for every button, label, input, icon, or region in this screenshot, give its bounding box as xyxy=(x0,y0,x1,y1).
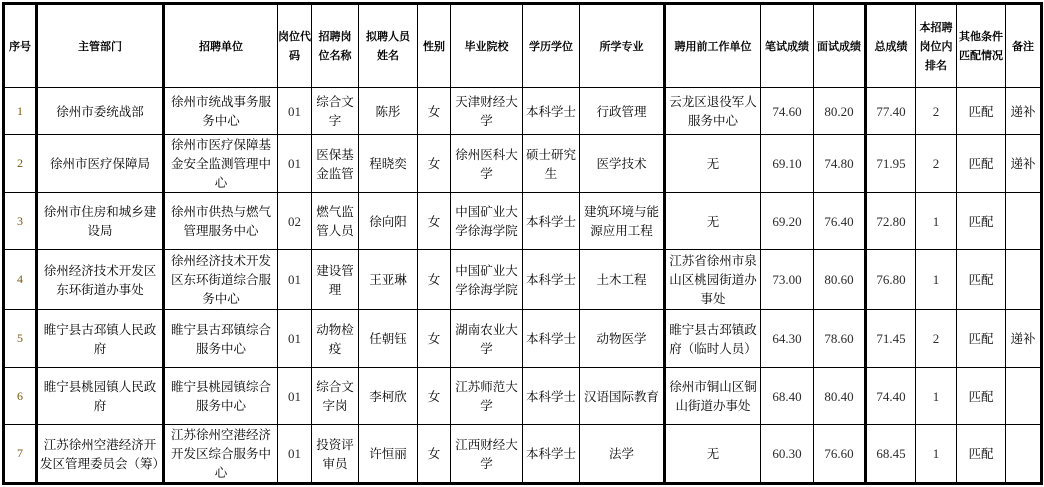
header-other-match: 其他条件匹配情况 xyxy=(957,4,1006,88)
cell-rank: 1 xyxy=(916,193,957,250)
table-row: 1 徐州市委统战部 徐州市统战事务服务中心 01 综合文字 陈彤 女 天津财经大… xyxy=(4,88,1042,135)
cell-remark: 递补 xyxy=(1006,135,1042,193)
cell-gender: 女 xyxy=(418,368,451,425)
cell-interview-score: 80.40 xyxy=(814,368,866,425)
cell-school: 江苏师范大学 xyxy=(451,368,523,425)
cell-post-name: 投资评审员 xyxy=(312,425,359,484)
cell-gender: 女 xyxy=(418,193,451,250)
cell-department: 徐州市委统战部 xyxy=(37,88,164,135)
cell-total-score: 71.95 xyxy=(866,135,916,193)
cell-post-name: 动物检疫 xyxy=(312,310,359,368)
cell-unit: 睢宁县古邳镇综合服务中心 xyxy=(164,310,278,368)
cell-interview-score: 80.60 xyxy=(814,250,866,310)
cell-major: 医学技术 xyxy=(580,135,665,193)
cell-other-match: 匹配 xyxy=(957,250,1006,310)
cell-other-match: 匹配 xyxy=(957,425,1006,484)
cell-post-code: 01 xyxy=(278,425,312,484)
cell-department: 徐州市住房和城乡建设局 xyxy=(37,193,164,250)
cell-degree: 本科学士 xyxy=(523,310,580,368)
cell-degree: 本科学士 xyxy=(523,368,580,425)
cell-major: 汉语国际教育 xyxy=(580,368,665,425)
cell-index: 2 xyxy=(4,135,37,193)
cell-remark: 递补 xyxy=(1006,310,1042,368)
cell-interview-score: 76.60 xyxy=(814,425,866,484)
cell-total-score: 71.45 xyxy=(866,310,916,368)
cell-post-name: 综合文字岗 xyxy=(312,368,359,425)
cell-index: 7 xyxy=(4,425,37,484)
cell-department: 江苏徐州空港经济开发区管理委员会（筹） xyxy=(37,425,164,484)
header-school: 毕业院校 xyxy=(451,4,523,88)
cell-gender: 女 xyxy=(418,135,451,193)
cell-degree: 本科学士 xyxy=(523,193,580,250)
cell-name: 许恒丽 xyxy=(359,425,418,484)
cell-other-match: 匹配 xyxy=(957,368,1006,425)
cell-post-code: 01 xyxy=(278,135,312,193)
recruitment-results-table: 序号 主管部门 招聘单位 岗位代码 招聘岗位名称 拟聘人员姓名 性别 毕业院校 … xyxy=(2,2,1043,485)
cell-name: 程晓奕 xyxy=(359,135,418,193)
table-row: 2 徐州市医疗保障局 徐州市医疗保障基金安全监测管理中心 01 医保基金监管 程… xyxy=(4,135,1042,193)
cell-department: 睢宁县古邳镇人民政府 xyxy=(37,310,164,368)
header-interview-score: 面试成绩 xyxy=(814,4,866,88)
cell-prior-employer: 无 xyxy=(665,135,761,193)
cell-name: 徐向阳 xyxy=(359,193,418,250)
header-name: 拟聘人员姓名 xyxy=(359,4,418,88)
cell-degree: 硕士研究生 xyxy=(523,135,580,193)
cell-interview-score: 74.80 xyxy=(814,135,866,193)
header-degree: 学历学位 xyxy=(523,4,580,88)
cell-post-code: 01 xyxy=(278,368,312,425)
cell-index: 5 xyxy=(4,310,37,368)
cell-index: 3 xyxy=(4,193,37,250)
header-unit: 招聘单位 xyxy=(164,4,278,88)
cell-remark: 递补 xyxy=(1006,88,1042,135)
header-total-score: 总成绩 xyxy=(866,4,916,88)
cell-other-match: 匹配 xyxy=(957,135,1006,193)
cell-department: 睢宁县桃园镇人民政府 xyxy=(37,368,164,425)
cell-prior-employer: 云龙区退役军人服务中心 xyxy=(665,88,761,135)
header-post-code: 岗位代码 xyxy=(278,4,312,88)
cell-gender: 女 xyxy=(418,88,451,135)
cell-written-score: 73.00 xyxy=(761,250,814,310)
cell-department: 徐州经济技术开发区东环街道办事处 xyxy=(37,250,164,310)
cell-prior-employer: 徐州市铜山区铜山街道办事处 xyxy=(665,368,761,425)
table-row: 3 徐州市住房和城乡建设局 徐州市供热与燃气管理服务中心 02 燃气监管人员 徐… xyxy=(4,193,1042,250)
header-post-name: 招聘岗位名称 xyxy=(312,4,359,88)
cell-degree: 本科学士 xyxy=(523,88,580,135)
cell-major: 动物医学 xyxy=(580,310,665,368)
cell-major: 法学 xyxy=(580,425,665,484)
cell-unit: 徐州市统战事务服务中心 xyxy=(164,88,278,135)
cell-gender: 女 xyxy=(418,425,451,484)
header-row: 序号 主管部门 招聘单位 岗位代码 招聘岗位名称 拟聘人员姓名 性别 毕业院校 … xyxy=(4,4,1042,88)
cell-rank: 1 xyxy=(916,368,957,425)
header-index: 序号 xyxy=(4,4,37,88)
cell-school: 天津财经大学 xyxy=(451,88,523,135)
header-department: 主管部门 xyxy=(37,4,164,88)
cell-post-name: 燃气监管人员 xyxy=(312,193,359,250)
cell-name: 李柯欣 xyxy=(359,368,418,425)
cell-degree: 本科学士 xyxy=(523,425,580,484)
cell-school: 徐州医科大学 xyxy=(451,135,523,193)
cell-remark xyxy=(1006,425,1042,484)
cell-written-score: 74.60 xyxy=(761,88,814,135)
header-written-score: 笔试成绩 xyxy=(761,4,814,88)
cell-other-match: 匹配 xyxy=(957,88,1006,135)
cell-interview-score: 76.40 xyxy=(814,193,866,250)
cell-school: 中国矿业大学徐海学院 xyxy=(451,193,523,250)
cell-written-score: 64.30 xyxy=(761,310,814,368)
cell-index: 4 xyxy=(4,250,37,310)
cell-name: 任朝钰 xyxy=(359,310,418,368)
cell-name: 王亚琳 xyxy=(359,250,418,310)
cell-written-score: 68.40 xyxy=(761,368,814,425)
cell-rank: 2 xyxy=(916,88,957,135)
cell-unit: 睢宁县桃园镇综合服务中心 xyxy=(164,368,278,425)
cell-rank: 1 xyxy=(916,250,957,310)
cell-major: 行政管理 xyxy=(580,88,665,135)
cell-gender: 女 xyxy=(418,250,451,310)
header-rank: 本招聘岗位内排名 xyxy=(916,4,957,88)
cell-school: 江西财经大学 xyxy=(451,425,523,484)
header-major: 所学专业 xyxy=(580,4,665,88)
cell-remark xyxy=(1006,193,1042,250)
cell-post-name: 建设管理 xyxy=(312,250,359,310)
cell-post-code: 02 xyxy=(278,193,312,250)
cell-rank: 1 xyxy=(916,425,957,484)
cell-total-score: 77.40 xyxy=(866,88,916,135)
cell-remark xyxy=(1006,250,1042,310)
cell-prior-employer: 无 xyxy=(665,425,761,484)
cell-index: 1 xyxy=(4,88,37,135)
cell-interview-score: 80.20 xyxy=(814,88,866,135)
cell-unit: 徐州市供热与燃气管理服务中心 xyxy=(164,193,278,250)
cell-remark xyxy=(1006,368,1042,425)
cell-school: 中国矿业大学徐海学院 xyxy=(451,250,523,310)
cell-major: 土木工程 xyxy=(580,250,665,310)
cell-major: 建筑环境与能源应用工程 xyxy=(580,193,665,250)
cell-name: 陈彤 xyxy=(359,88,418,135)
cell-prior-employer: 无 xyxy=(665,193,761,250)
header-remark: 备注 xyxy=(1006,4,1042,88)
cell-interview-score: 78.60 xyxy=(814,310,866,368)
cell-total-score: 74.40 xyxy=(866,368,916,425)
cell-total-score: 68.45 xyxy=(866,425,916,484)
cell-unit: 徐州市医疗保障基金安全监测管理中心 xyxy=(164,135,278,193)
cell-gender: 女 xyxy=(418,310,451,368)
cell-post-code: 01 xyxy=(278,250,312,310)
table-row: 4 徐州经济技术开发区东环街道办事处 徐州经济技术开发区东环街道综合服务中心 0… xyxy=(4,250,1042,310)
cell-post-code: 01 xyxy=(278,88,312,135)
cell-written-score: 69.20 xyxy=(761,193,814,250)
cell-post-code: 01 xyxy=(278,310,312,368)
header-gender: 性别 xyxy=(418,4,451,88)
cell-total-score: 76.80 xyxy=(866,250,916,310)
table-row: 5 睢宁县古邳镇人民政府 睢宁县古邳镇综合服务中心 01 动物检疫 任朝钰 女 … xyxy=(4,310,1042,368)
cell-unit: 徐州经济技术开发区东环街道综合服务中心 xyxy=(164,250,278,310)
cell-prior-employer: 睢宁县古邳镇政府（临时人员） xyxy=(665,310,761,368)
cell-degree: 本科学士 xyxy=(523,250,580,310)
cell-written-score: 60.30 xyxy=(761,425,814,484)
cell-prior-employer: 江苏省徐州市泉山区桃园街道办事处 xyxy=(665,250,761,310)
cell-school: 湖南农业大学 xyxy=(451,310,523,368)
cell-post-name: 综合文字 xyxy=(312,88,359,135)
cell-post-name: 医保基金监管 xyxy=(312,135,359,193)
table-row: 6 睢宁县桃园镇人民政府 睢宁县桃园镇综合服务中心 01 综合文字岗 李柯欣 女… xyxy=(4,368,1042,425)
cell-other-match: 匹配 xyxy=(957,310,1006,368)
cell-rank: 2 xyxy=(916,135,957,193)
cell-index: 6 xyxy=(4,368,37,425)
header-prior-employer: 聘用前工作单位 xyxy=(665,4,761,88)
cell-rank: 2 xyxy=(916,310,957,368)
cell-unit: 江苏徐州空港经济开发区综合服务中心 xyxy=(164,425,278,484)
cell-department: 徐州市医疗保障局 xyxy=(37,135,164,193)
cell-written-score: 69.10 xyxy=(761,135,814,193)
table-row: 7 江苏徐州空港经济开发区管理委员会（筹） 江苏徐州空港经济开发区综合服务中心 … xyxy=(4,425,1042,484)
cell-total-score: 72.80 xyxy=(866,193,916,250)
cell-other-match: 匹配 xyxy=(957,193,1006,250)
